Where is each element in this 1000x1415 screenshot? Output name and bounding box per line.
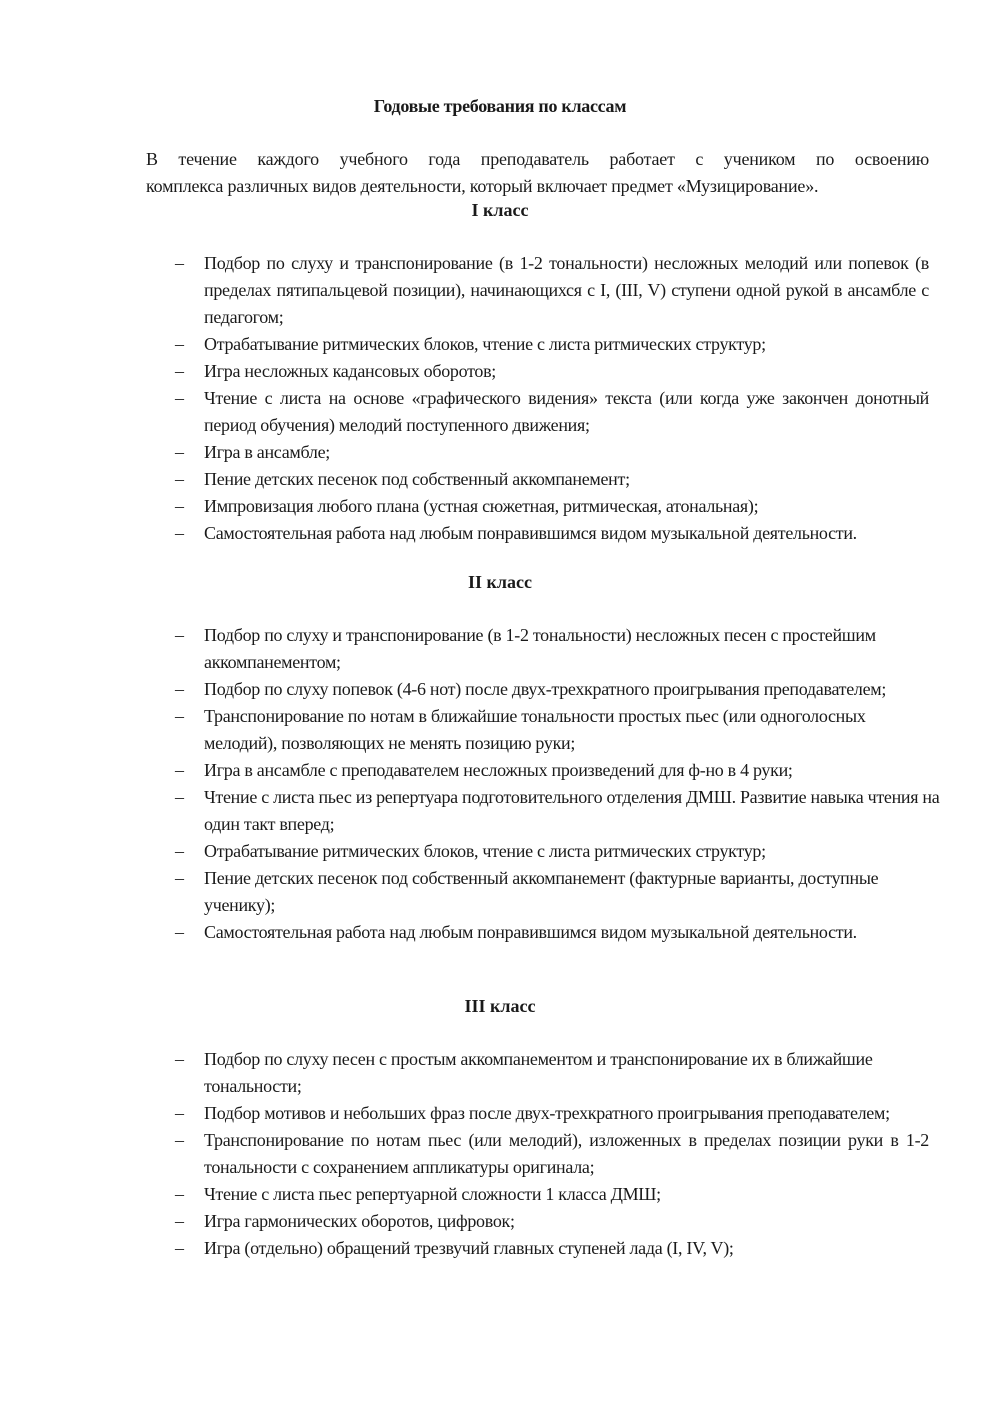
dash-bullet-icon: – — [175, 865, 193, 892]
class-2-requirements-list: –Подбор по слуху и транспонирование (в 1… — [175, 622, 895, 946]
list-item: –Пение детских песенок под собственный а… — [175, 466, 929, 493]
list-item: –Импровизация любого плана (устная сюжет… — [175, 493, 929, 520]
intro-line-2: комплекса различных видов деятельности, … — [146, 173, 929, 200]
class-heading-3: III класс — [0, 996, 1000, 1017]
dash-bullet-icon: – — [175, 358, 193, 385]
dash-bullet-icon: – — [175, 838, 193, 865]
list-item: –Самостоятельная работа над любым понрав… — [175, 520, 929, 547]
dash-bullet-icon: – — [175, 520, 193, 547]
list-item: –Транспонирование по нотам пьес (или мел… — [175, 1127, 929, 1181]
dash-bullet-icon: – — [175, 622, 193, 649]
list-item: –Подбор по слуху и транспонирование (в 1… — [175, 250, 929, 331]
list-item: –Подбор по слуху попевок (4-6 нот) после… — [175, 676, 895, 703]
dash-bullet-icon: – — [175, 250, 193, 277]
list-item: –Транспонирование по нотам в ближайшие т… — [175, 703, 895, 757]
list-item: –Отрабатывание ритмических блоков, чтени… — [175, 838, 895, 865]
class-3-requirements-list: –Подбор по слуху песен с простым аккомпа… — [175, 1046, 929, 1262]
list-item: –Подбор по слуху песен с простым аккомпа… — [175, 1046, 884, 1100]
dash-bullet-icon: – — [175, 757, 193, 784]
list-item: –Игра в ансамбле; — [175, 439, 929, 466]
intro-line-1: В течение каждого учебного года преподав… — [146, 146, 929, 173]
intro-paragraph: В течение каждого учебного года преподав… — [146, 146, 929, 200]
list-item: –Чтение с листа пьес репертуарной сложно… — [175, 1181, 929, 1208]
list-item: –Игра (отдельно) обращений трезвучий гла… — [175, 1235, 929, 1262]
dash-bullet-icon: – — [175, 703, 193, 730]
list-item: –Самостоятельная работа над любым понрав… — [175, 919, 864, 946]
list-item: –Игра в ансамбле с преподавателем неслож… — [175, 757, 934, 784]
list-item: –Пение детских песенок под собственный а… — [175, 865, 895, 919]
dash-bullet-icon: – — [175, 1181, 193, 1208]
list-item: –Чтение с листа на основе «графического … — [175, 385, 929, 439]
list-item: –Подбор по слуху и транспонирование (в 1… — [175, 622, 895, 676]
document-page: Годовые требования по классам В течение … — [0, 0, 1000, 1415]
list-item: –Чтение с листа пьес из репертуара подго… — [175, 784, 944, 838]
dash-bullet-icon: – — [175, 1100, 193, 1127]
list-item: –Игра несложных кадансовых оборотов; — [175, 358, 929, 385]
dash-bullet-icon: – — [175, 676, 193, 703]
dash-bullet-icon: – — [175, 439, 193, 466]
dash-bullet-icon: – — [175, 1208, 193, 1235]
dash-bullet-icon: – — [175, 784, 193, 811]
dash-bullet-icon: – — [175, 385, 193, 412]
class-heading-1: I класс — [0, 200, 1000, 221]
document-title: Годовые требования по классам — [0, 96, 1000, 117]
list-item: –Отрабатывание ритмических блоков, чтени… — [175, 331, 929, 358]
dash-bullet-icon: – — [175, 1127, 193, 1154]
dash-bullet-icon: – — [175, 919, 193, 946]
dash-bullet-icon: – — [175, 493, 193, 520]
dash-bullet-icon: – — [175, 1235, 193, 1262]
class-1-requirements-list: –Подбор по слуху и транспонирование (в 1… — [175, 250, 929, 547]
list-item: –Подбор мотивов и небольших фраз после д… — [175, 1100, 929, 1127]
class-heading-2: II класс — [0, 572, 1000, 593]
dash-bullet-icon: – — [175, 331, 193, 358]
dash-bullet-icon: – — [175, 1046, 193, 1073]
dash-bullet-icon: – — [175, 466, 193, 493]
list-item: –Игра гармонических оборотов, цифровок; — [175, 1208, 929, 1235]
